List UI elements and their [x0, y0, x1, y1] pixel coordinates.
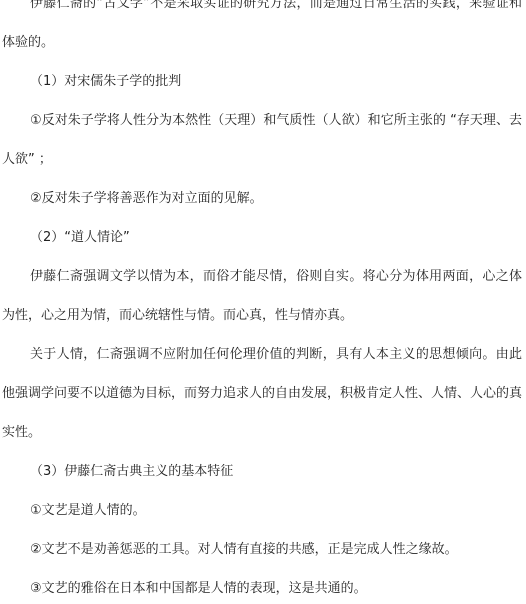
section-heading-3: （3）伊藤仁斋古典主义的基本特征 [2, 452, 522, 491]
document-body: 伊藤仁斋的“古文学”不是采取实证的研究方法，而是通过日常生活的实践，来验证和体验… [2, 0, 522, 604]
list-item-3-3: ③文艺的雅俗在日本和中国都是人情的表现，这是共通的。 [2, 569, 522, 604]
list-item-1-1: ①反对朱子学将人性分为本然性（天理）和气质性（人欲）和它所主张的 “存天理、去人… [2, 101, 522, 179]
paragraph-humanism: 关于人情，仁斋强调不应附加任何伦理价值的判断，具有人本主义的思想倾向。由此他强调… [2, 335, 522, 452]
list-item-1-2: ②反对朱子学将善恶作为对立面的见解。 [2, 179, 522, 218]
section-heading-1: （1）对宋儒朱子学的批判 [2, 62, 522, 101]
paragraph-intro: 伊藤仁斋的“古文学”不是采取实证的研究方法，而是通过日常生活的实践，来验证和体验… [2, 0, 522, 62]
list-item-3-2: ②文艺不是劝善惩恶的工具。对人情有直接的共感，正是完成人性之缘故。 [2, 530, 522, 569]
list-item-3-1: ①文艺是道人情的。 [2, 491, 522, 530]
paragraph-emotion-theory: 伊藤仁斋强调文学以情为本，而俗才能尽情，俗则自实。将心分为体用两面，心之体为性，… [2, 257, 522, 335]
section-heading-2: （2）“道人情论” [2, 218, 522, 257]
